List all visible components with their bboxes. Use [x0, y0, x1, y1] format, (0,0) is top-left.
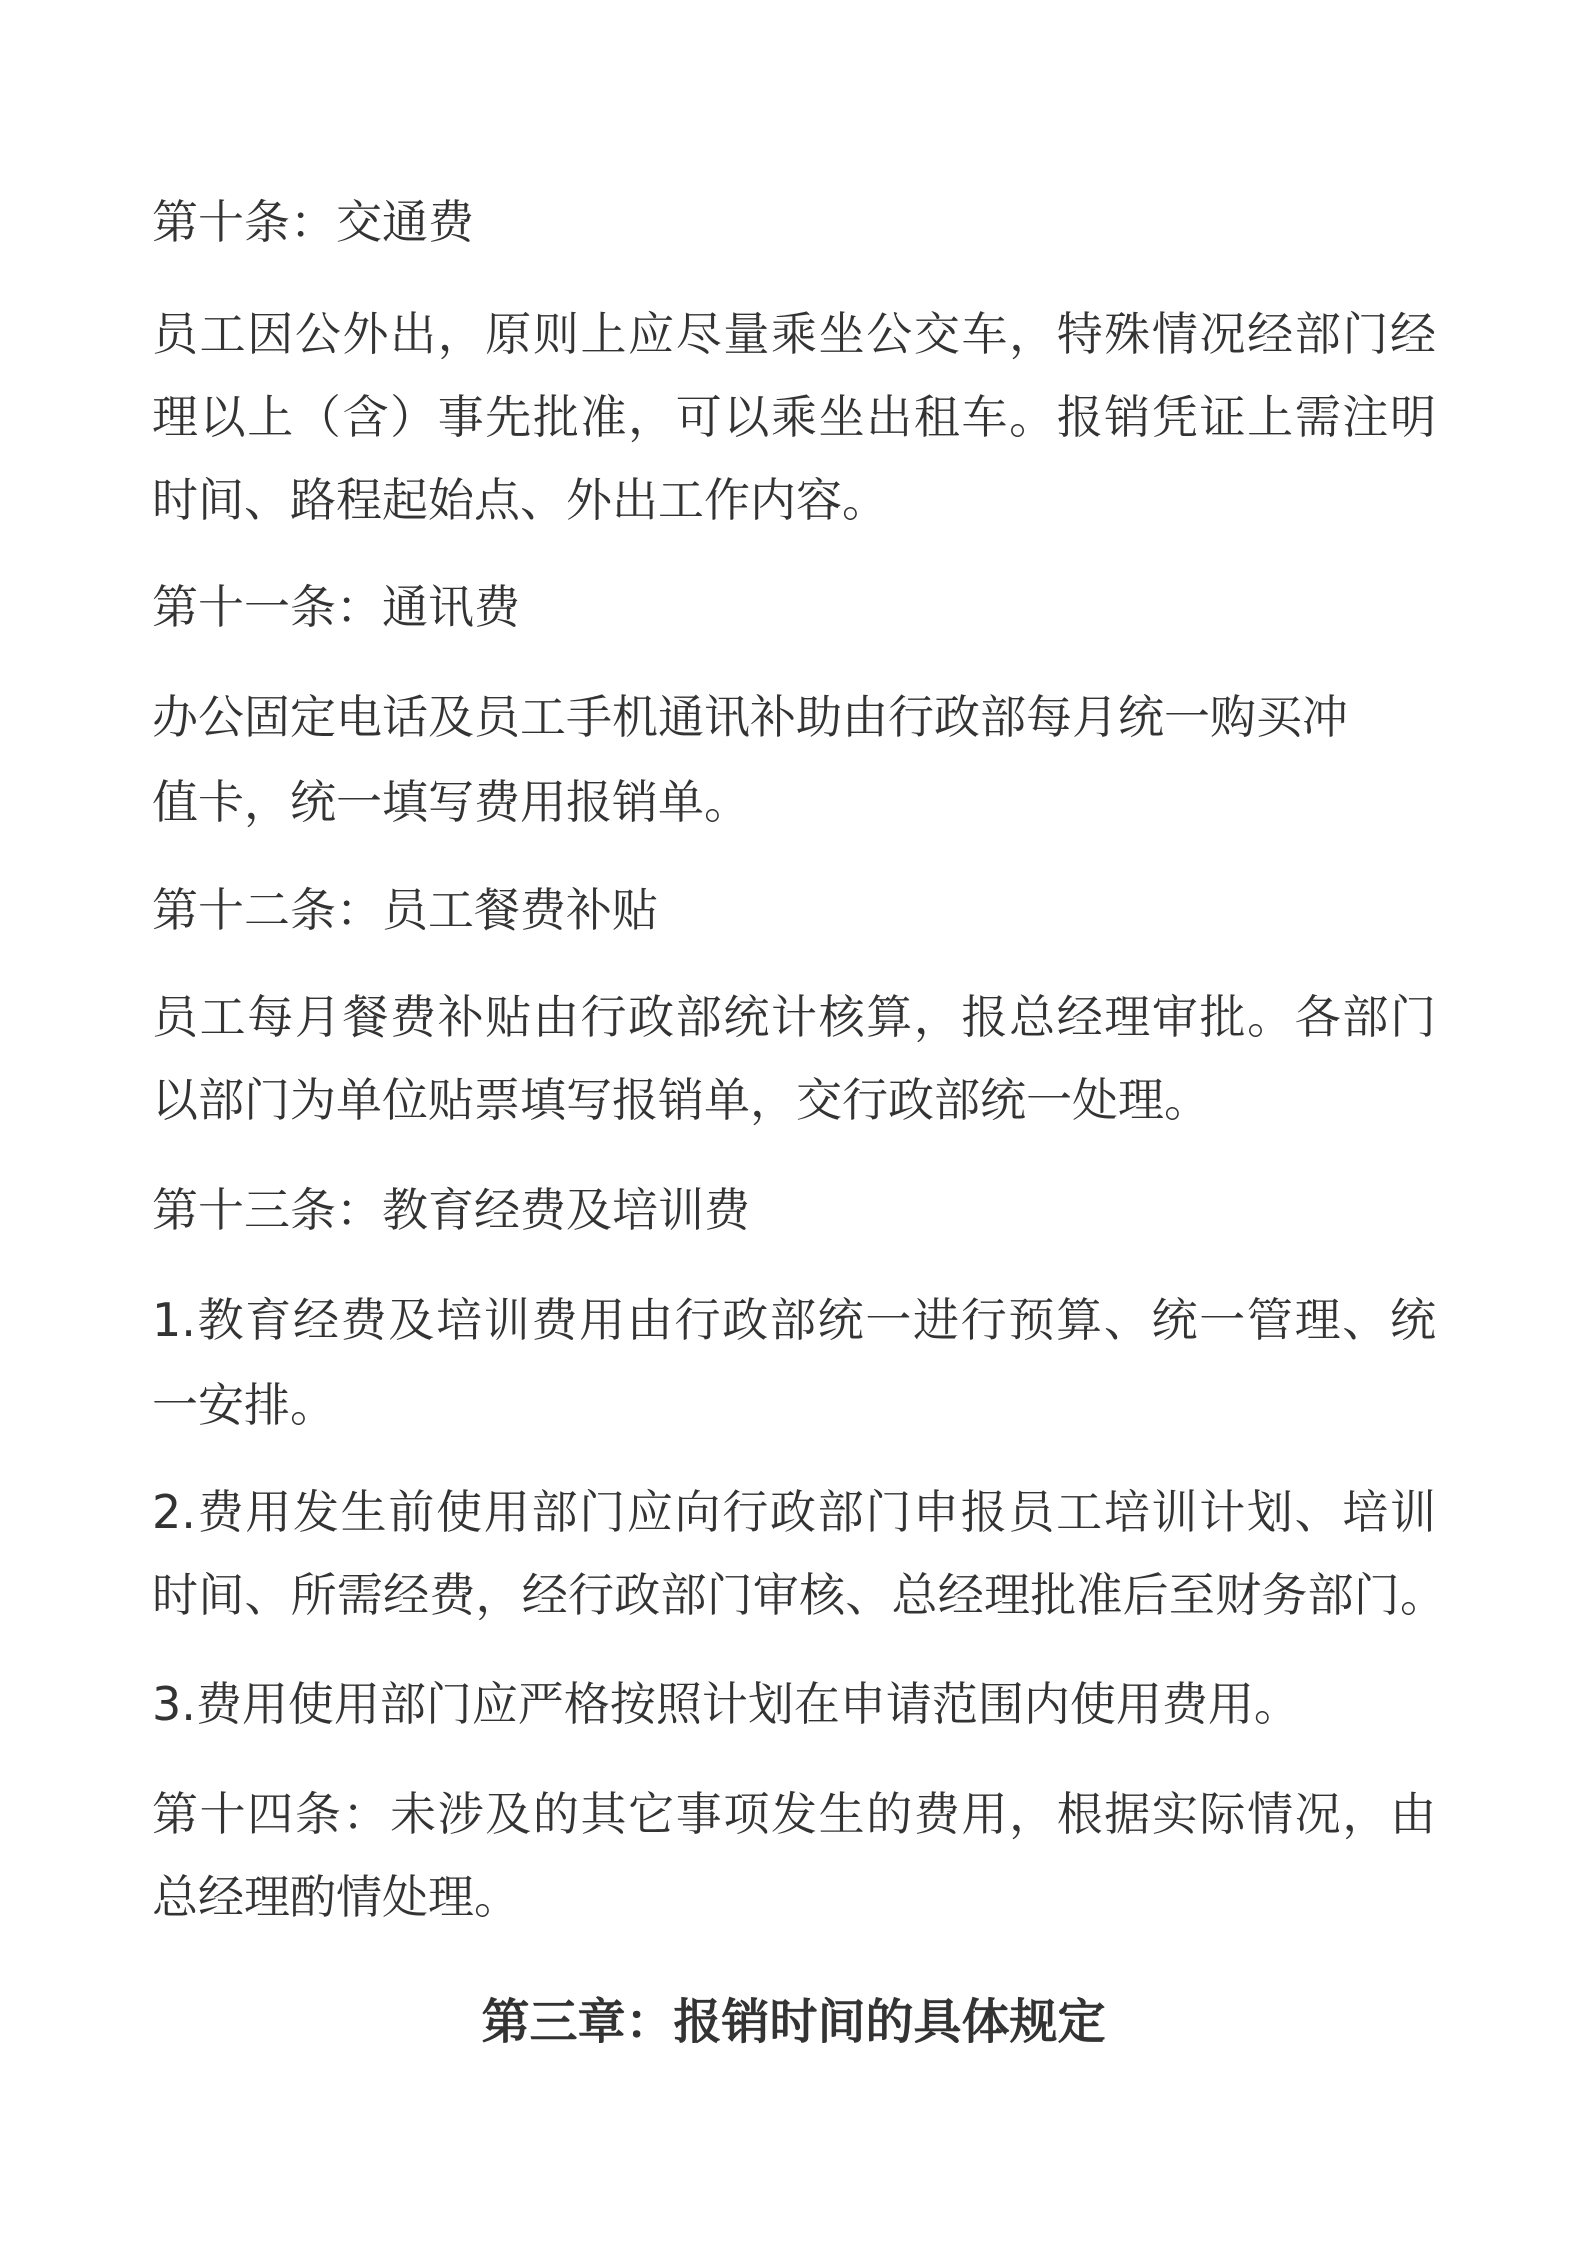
article-12-heading: 第十二条：员工餐费补贴	[152, 880, 1436, 940]
article-11-heading: 第十一条：通讯费	[152, 577, 1436, 637]
article-10-body-line-2: 理以上（含）事先批准，可以乘坐出租车。报销凭证上需注明	[152, 387, 1436, 447]
article-12-body-line-2: 以部门为单位贴票填写报销单，交行政部统一处理。	[152, 1070, 1436, 1130]
article-11-body-line-1: 办公固定电话及员工手机通讯补助由行政部每月统一购买冲	[152, 687, 1436, 747]
chapter-title: 第三章：报销时间的具体规定	[0, 1990, 1587, 2054]
article-14-line-1: 第十四条：未涉及的其它事项发生的费用，根据实际情况，由	[152, 1784, 1436, 1844]
article-13-item-1-line-1: 1.教育经费及培训费用由行政部统一进行预算、统一管理、统	[152, 1290, 1436, 1350]
article-13-item-1-line-2: 一安排。	[152, 1375, 1436, 1435]
article-13-item-3-line-1: 3.费用使用部门应严格按照计划在申请范围内使用费用。	[152, 1674, 1436, 1734]
article-10-body-line-1: 员工因公外出，原则上应尽量乘坐公交车，特殊情况经部门经	[152, 304, 1436, 364]
article-13-heading: 第十三条：教育经费及培训费	[152, 1180, 1436, 1240]
article-10-heading: 第十条：交通费	[152, 192, 1436, 252]
article-13-item-2-line-1: 2.费用发生前使用部门应向行政部门申报员工培训计划、培训	[152, 1482, 1436, 1542]
article-14-line-2: 总经理酌情处理。	[152, 1867, 1436, 1927]
document-page: 第十条：交通费 员工因公外出，原则上应尽量乘坐公交车，特殊情况经部门经 理以上（…	[0, 0, 1587, 2245]
article-11-body-line-2: 值卡，统一填写费用报销单。	[152, 772, 1436, 832]
article-10-body-line-3: 时间、路程起始点、外出工作内容。	[152, 470, 1436, 530]
article-13-item-2-line-2: 时间、所需经费，经行政部门审核、总经理批准后至财务部门。	[152, 1565, 1446, 1625]
article-12-body-line-1: 员工每月餐费补贴由行政部统计核算，报总经理审批。各部门	[152, 987, 1436, 1047]
